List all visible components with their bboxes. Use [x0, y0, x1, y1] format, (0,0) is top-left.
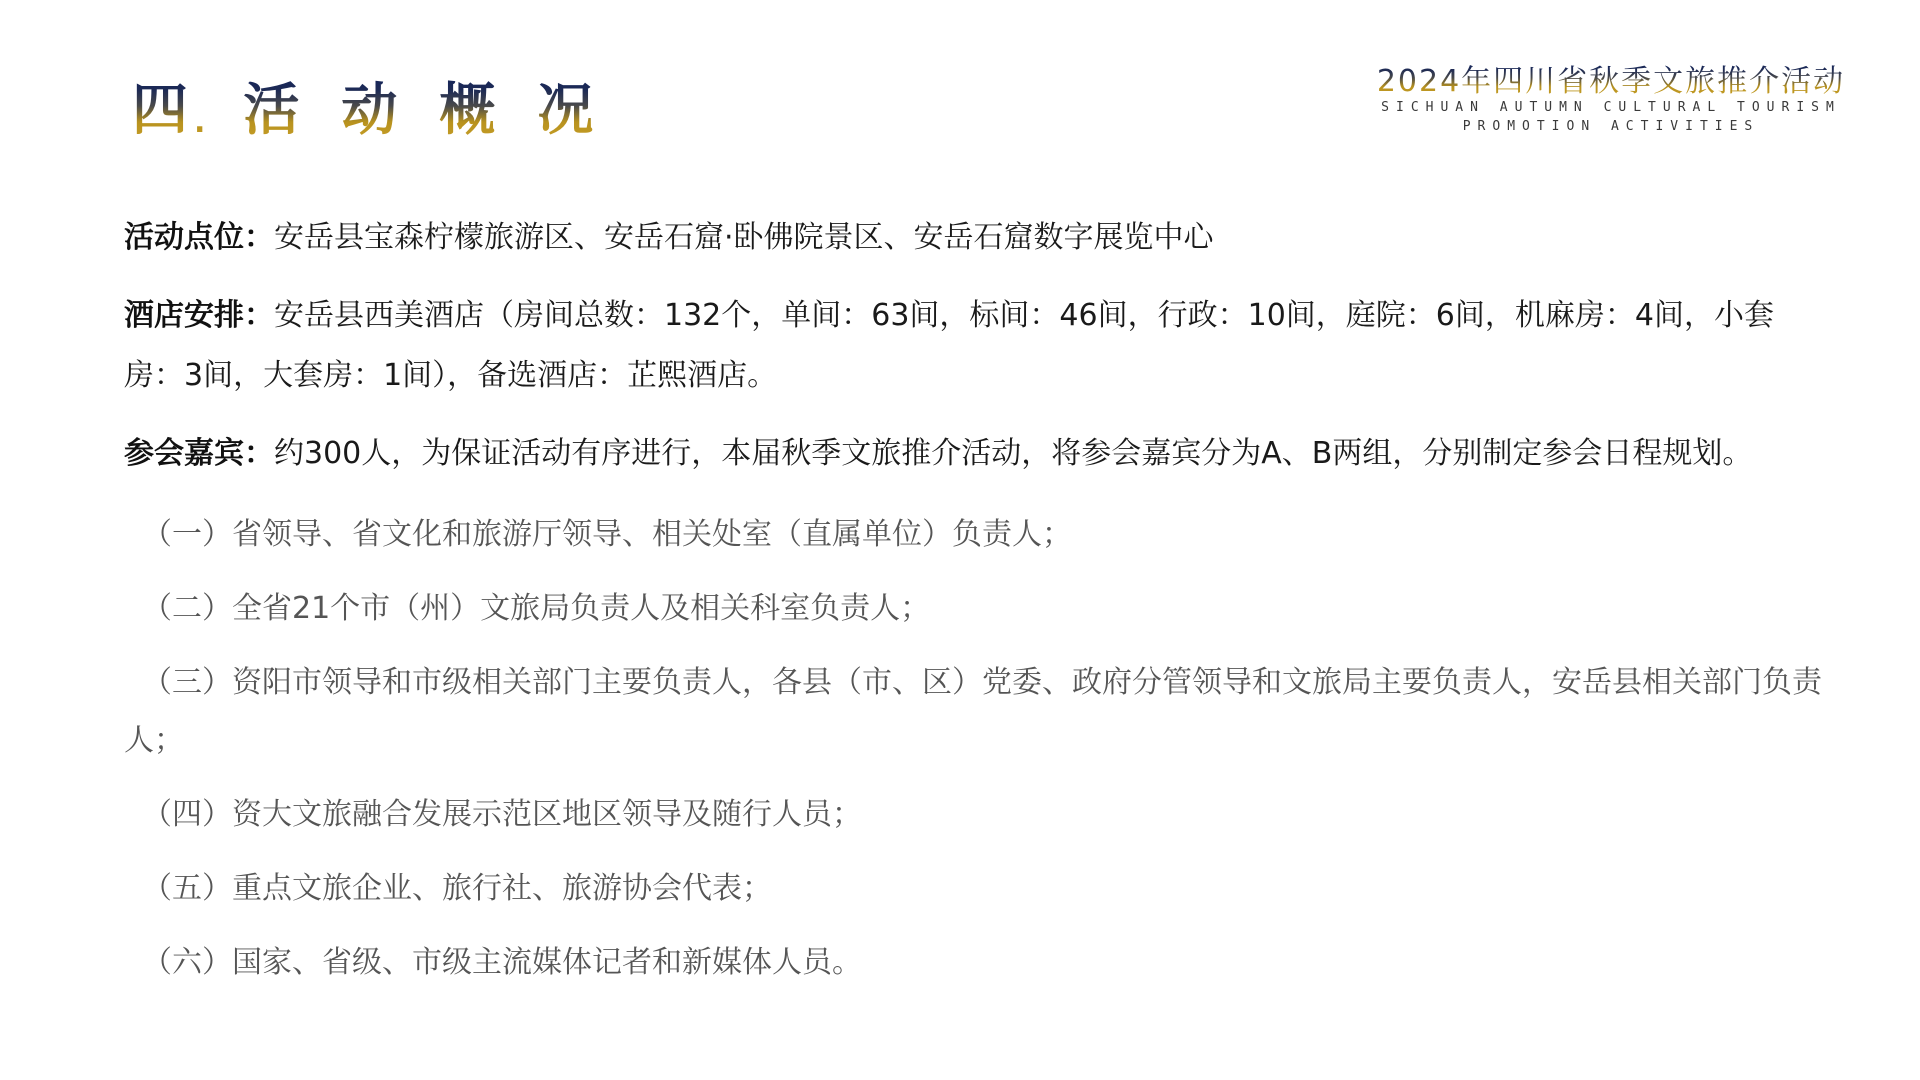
list-item: （四）资大文旅融合发展示范区地区领导及随行人员；	[124, 786, 1824, 844]
title-char: 动	[341, 66, 397, 146]
guests-text: 约300人，为保证活动有序进行，本届秋季文旅推介活动，将参会嘉宾分为A、B两组，…	[274, 436, 1752, 471]
brand-logo: 2024年四川省秋季文旅推介活动 SICHUAN AUTUMN CULTURAL…	[1376, 56, 1846, 134]
guests-label: 参会嘉宾：	[124, 436, 274, 471]
title-char: 概	[439, 66, 495, 146]
page-title: 四 . 活 动 概 况	[132, 66, 635, 146]
list-item: （一）省领导、省文化和旅游厅领导、相关处室（直属单位）负责人；	[124, 506, 1824, 564]
brand-title-en-line2: PROMOTION ACTIVITIES	[1376, 119, 1846, 134]
list-item: （三）资阳市领导和市级相关部门主要负责人，各县（市、区）党委、政府分管领导和文旅…	[124, 654, 1824, 770]
venue-label: 活动点位：	[124, 220, 274, 255]
title-char: 况	[537, 66, 593, 146]
hotel-text: 安岳县西美酒店（房间总数：132个，单间：63间，标间：46间，行政：10间，庭…	[124, 298, 1774, 393]
title-char: 活	[243, 66, 299, 146]
content-body: 活动点位：安岳县宝森柠檬旅游区、安岳石窟·卧佛院景区、安岳石窟数字展览中心 酒店…	[124, 208, 1824, 1008]
section-number: 四	[132, 66, 188, 146]
brand-title-en-line1: SICHUAN AUTUMN CULTURAL TOURISM	[1376, 100, 1846, 115]
venue-text: 安岳县宝森柠檬旅游区、安岳石窟·卧佛院景区、安岳石窟数字展览中心	[274, 220, 1214, 255]
section-separator: .	[194, 108, 205, 146]
brand-title-cn: 2024年四川省秋季文旅推介活动	[1376, 56, 1846, 100]
list-item: （六）国家、省级、市级主流媒体记者和新媒体人员。	[124, 934, 1824, 992]
hotel-label: 酒店安排：	[124, 298, 274, 333]
list-item: （五）重点文旅企业、旅行社、旅游协会代表；	[124, 860, 1824, 918]
hotel-paragraph: 酒店安排：安岳县西美酒店（房间总数：132个，单间：63间，标间：46间，行政：…	[124, 286, 1824, 406]
guest-list: （一）省领导、省文化和旅游厅领导、相关处室（直属单位）负责人； （二）全省21个…	[124, 506, 1824, 992]
guests-paragraph: 参会嘉宾：约300人，为保证活动有序进行，本届秋季文旅推介活动，将参会嘉宾分为A…	[124, 424, 1824, 484]
list-item: （二）全省21个市（州）文旅局负责人及相关科室负责人；	[124, 580, 1824, 638]
venue-paragraph: 活动点位：安岳县宝森柠檬旅游区、安岳石窟·卧佛院景区、安岳石窟数字展览中心	[124, 208, 1824, 268]
